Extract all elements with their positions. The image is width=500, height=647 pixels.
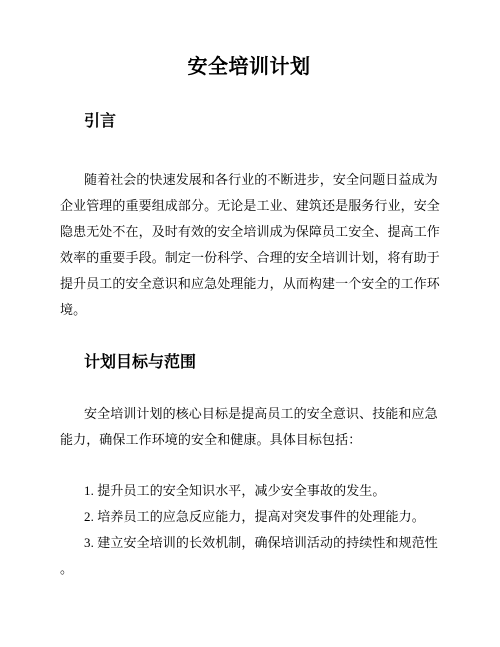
paragraph-line: 安全培训计划的核心目标是提高员工的安全意识、技能和应急 (60, 401, 438, 427)
section-heading-introduction: 引言 (60, 110, 438, 134)
paragraph-line: 境。 (60, 297, 438, 323)
paragraph-line: 提升员工的安全意识和应急处理能力，从而构建一个安全的工作环 (60, 271, 438, 297)
paragraph-line: 能力，确保工作环境的安全和健康。具体目标包括： (60, 427, 438, 453)
introduction-paragraph: 随着社会的快速发展和各行业的不断进步，安全问题日益成为 企业管理的重要组成部分。… (60, 167, 438, 323)
list-item-wrapped-line: 。 (60, 556, 438, 582)
paragraph-line: 隐患无处不在，及时有效的安全培训成为保障员工安全、提高工作 (60, 219, 438, 245)
section-heading-goals-and-scope: 计划目标与范围 (60, 351, 438, 375)
document-title: 安全培训计划 (60, 52, 438, 82)
goals-paragraph: 安全培训计划的核心目标是提高员工的安全意识、技能和应急 能力，确保工作环境的安全… (60, 401, 438, 453)
paragraph-line: 效率的重要手段。制定一份科学、合理的安全培训计划，将有助于 (60, 245, 438, 271)
paragraph-line: 随着社会的快速发展和各行业的不断进步，安全问题日益成为 (60, 167, 438, 193)
list-item: 1. 提升员工的安全知识水平，减少安全事故的发生。 (60, 478, 438, 504)
goals-numbered-list: 1. 提升员工的安全知识水平，减少安全事故的发生。 2. 培养员工的应急反应能力… (60, 478, 438, 582)
list-item: 3. 建立安全培训的长效机制，确保培训活动的持续性和规范性 (60, 530, 438, 556)
document-page: 安全培训计划 引言 随着社会的快速发展和各行业的不断进步，安全问题日益成为 企业… (0, 0, 500, 647)
list-item: 2. 培养员工的应急反应能力，提高对突发事件的处理能力。 (60, 504, 438, 530)
paragraph-line: 企业管理的重要组成部分。无论是工业、建筑还是服务行业，安全 (60, 193, 438, 219)
